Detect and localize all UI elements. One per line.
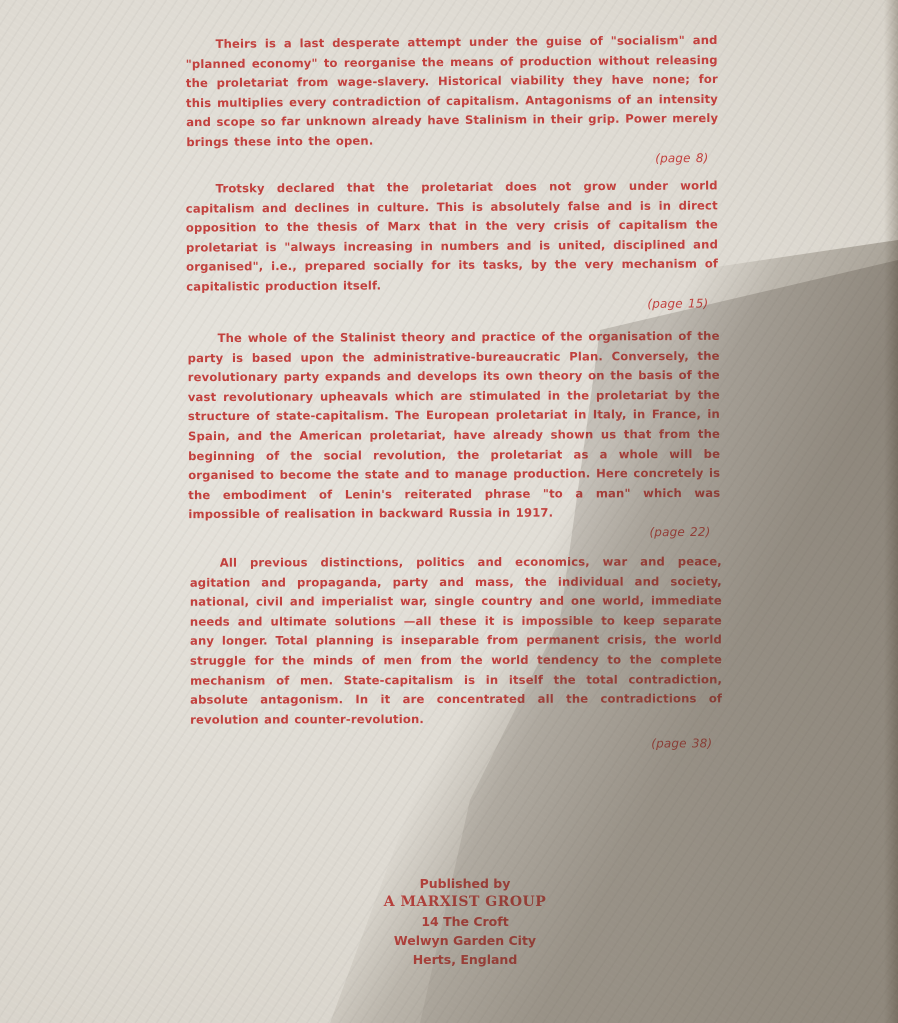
page-background: Theirs is a last desperate attempt under… (0, 0, 898, 1023)
quote-block: The whole of the Stalinist theory and pr… (188, 327, 721, 543)
quote-text: Trotsky declared that the proletariat do… (186, 176, 719, 297)
publisher-address-line: 14 The Croft (360, 912, 570, 931)
quote-citation: (page 38) (190, 735, 722, 754)
quote-text: All previous distinctions, politics and … (190, 552, 722, 730)
quote-block: Theirs is a last desperate attempt under… (185, 31, 718, 171)
quote-block: Trotsky declared that the proletariat do… (186, 176, 719, 315)
quote-text: Theirs is a last desperate attempt under… (185, 31, 718, 153)
publisher-intro: Published by (360, 874, 570, 893)
publisher-address-line: Herts, England (360, 950, 570, 969)
quote-citation: (page 22) (188, 523, 720, 543)
publisher-name: A MARXIST GROUP (360, 893, 570, 912)
quote-block: All previous distinctions, politics and … (190, 552, 723, 754)
quote-citation: (page 15) (186, 294, 718, 315)
publisher-address-line: Welwyn Garden City (360, 931, 570, 950)
publisher-block: Published by A MARXIST GROUP 14 The Crof… (360, 874, 570, 969)
quote-text: The whole of the Stalinist theory and pr… (188, 327, 721, 525)
